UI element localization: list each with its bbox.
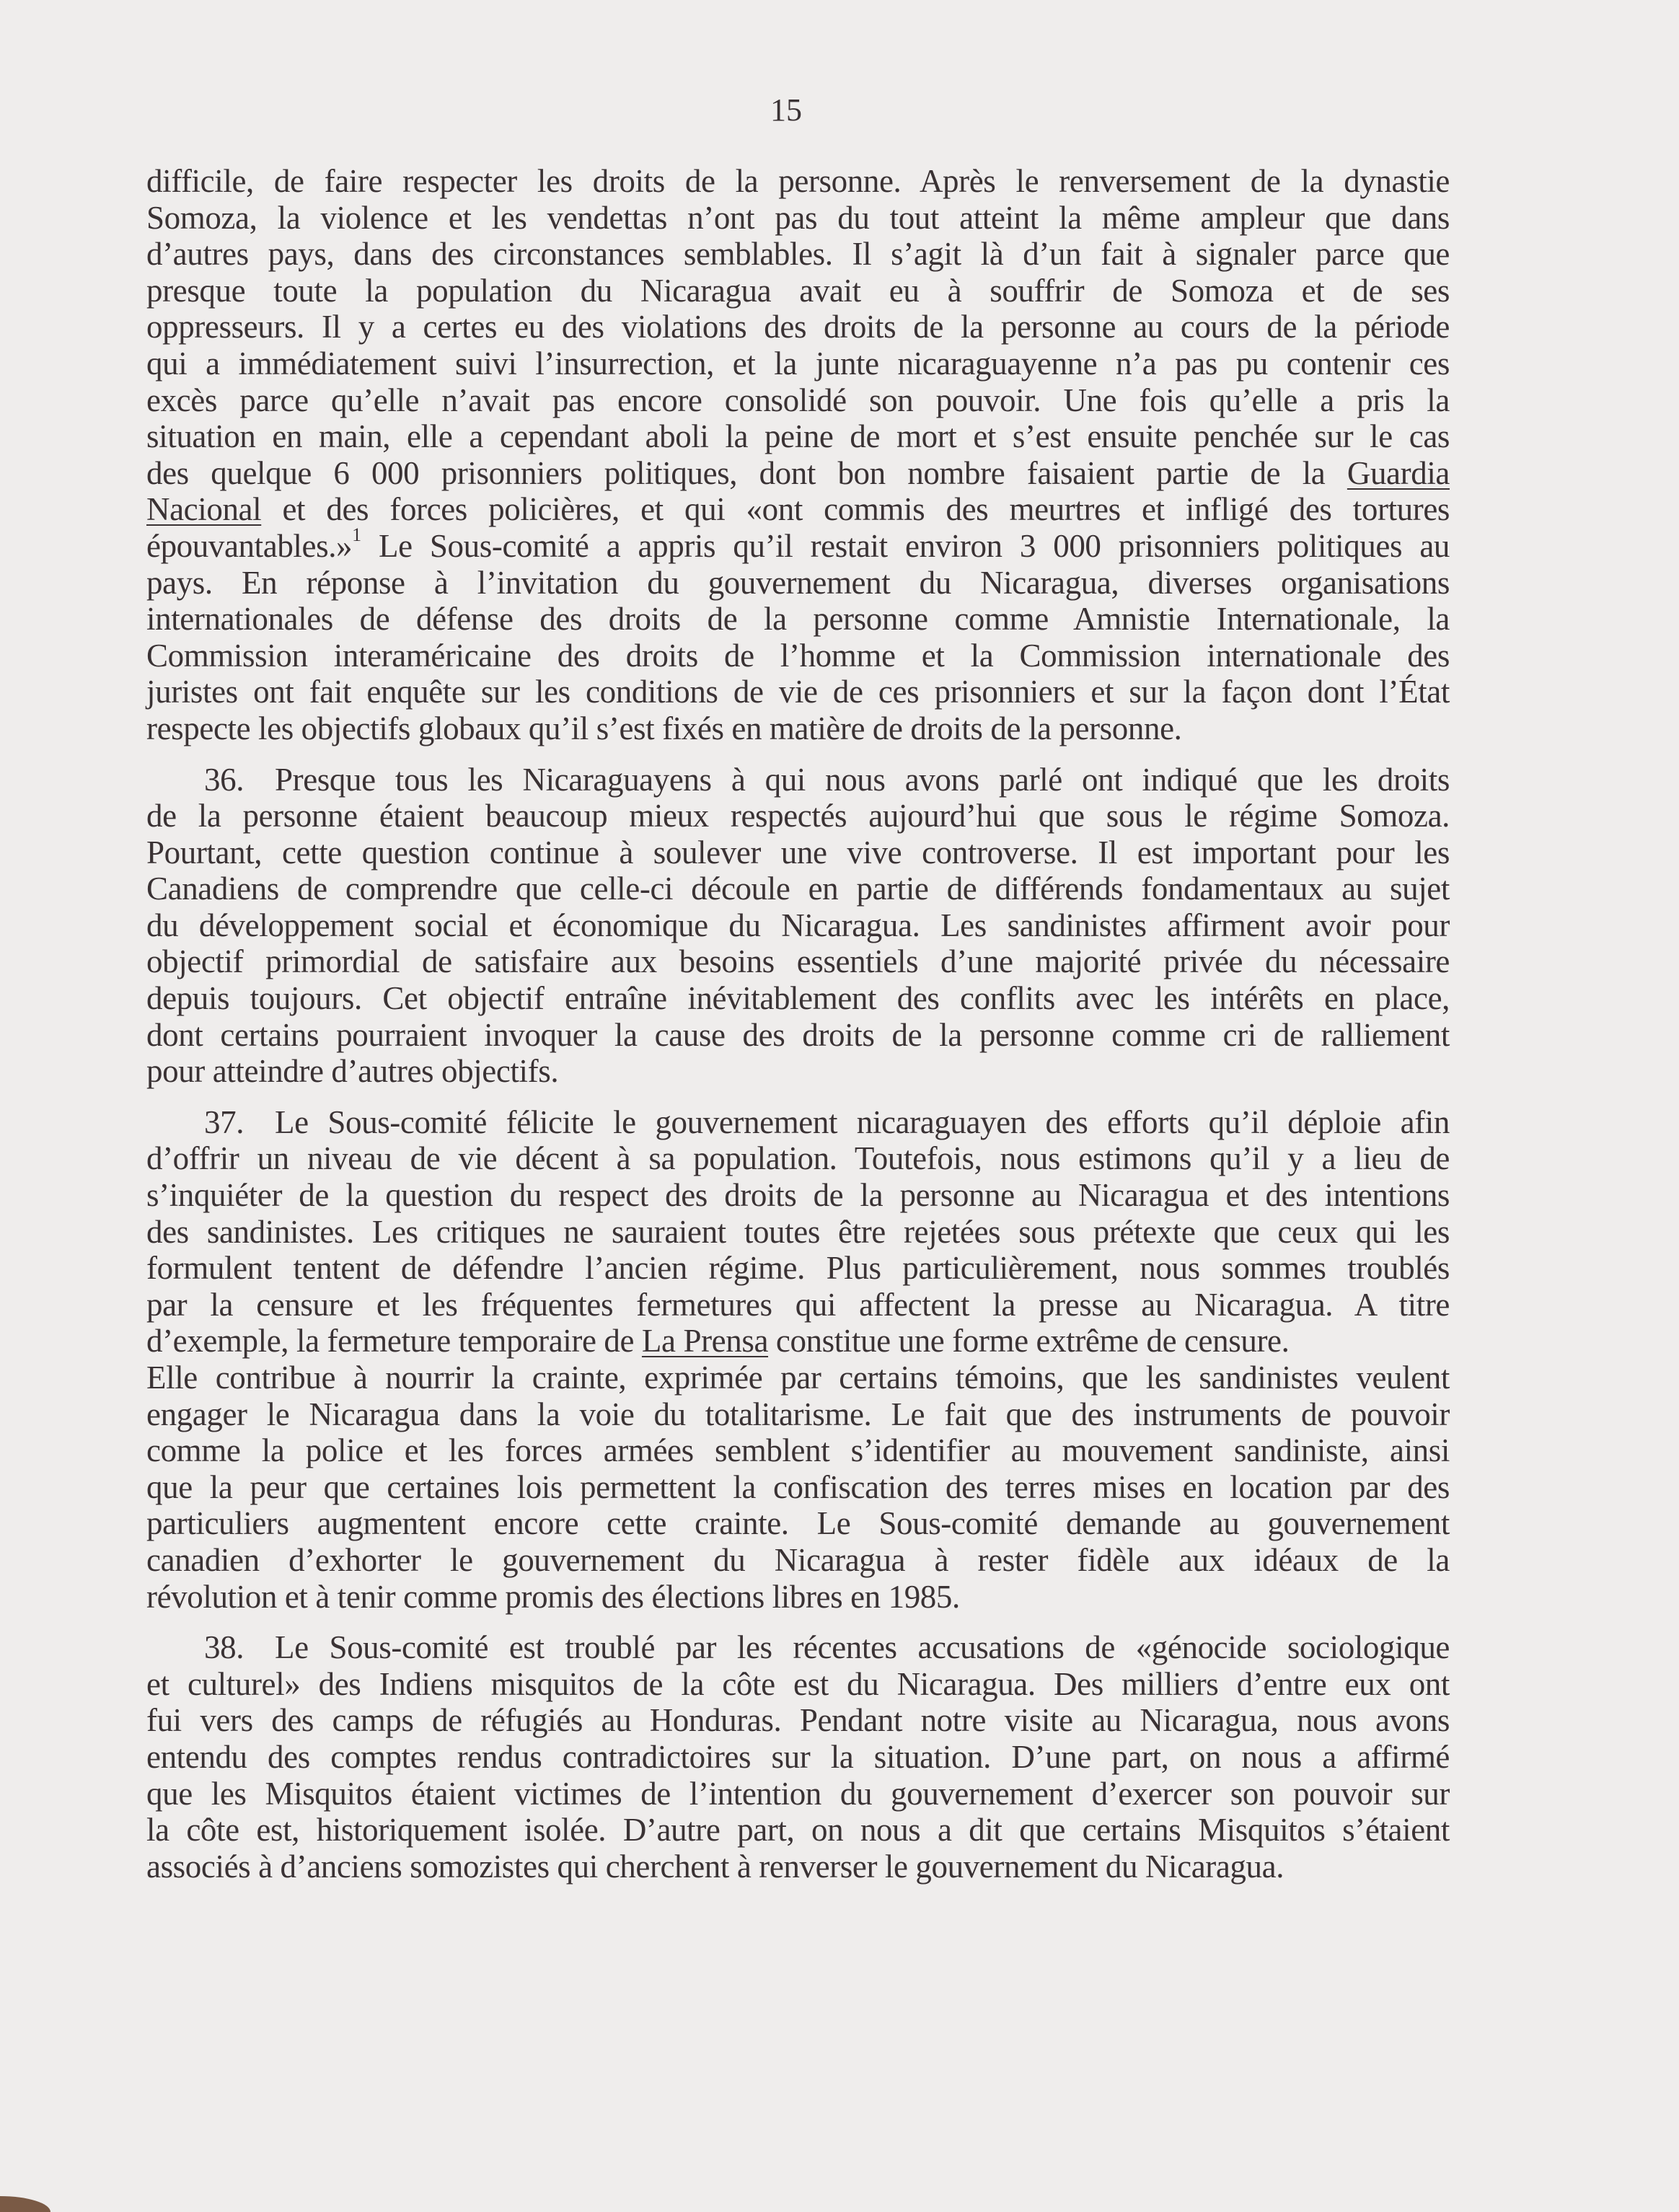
line-text: comme la police et les forces armées sem… <box>146 1432 1450 1468</box>
text-line: pays. En réponse à l’invitation du gouve… <box>146 565 1450 602</box>
text-line: excès parce qu’elle n’avait pas encore c… <box>146 382 1450 419</box>
text-line: fui vers des camps de réfugiés au Hondur… <box>146 1702 1450 1739</box>
text-line: Canadiens de comprendre que celle-ci déc… <box>146 871 1450 907</box>
line-text: excès parce qu’elle n’avait pas encore c… <box>146 382 1450 418</box>
text-line: des quelque 6 000 prisonniers politiques… <box>146 455 1450 492</box>
text-line: et culturel» des Indiens misquitos de la… <box>146 1666 1450 1703</box>
paragraph-number: 36. <box>204 762 275 798</box>
footnote-marker: 1 <box>352 524 361 545</box>
document-body: difficile, de faire respecter les droits… <box>146 163 1450 1885</box>
line-text: constitue une forme extrême de censure. <box>768 1323 1289 1359</box>
text-line: internationales de défense des droits de… <box>146 601 1450 638</box>
text-line: d’autres pays, dans des circonstances se… <box>146 236 1450 273</box>
line-text: juristes ont fait enquête sur les condit… <box>146 674 1450 710</box>
text-line: depuis toujours. Cet objectif entraîne i… <box>146 980 1450 1017</box>
line-text: respecte les objectifs globaux qu’il s’e… <box>146 710 1182 746</box>
text-line: que les Misquitos étaient victimes de l’… <box>146 1776 1450 1812</box>
line-text: que les Misquitos étaient victimes de l’… <box>146 1776 1450 1812</box>
line-text: et culturel» des Indiens misquitos de la… <box>146 1666 1450 1702</box>
text-line: juristes ont fait enquête sur les condit… <box>146 674 1450 710</box>
text-line: Pourtant, cette question continue à soul… <box>146 834 1450 871</box>
line-text: fui vers des camps de réfugiés au Hondur… <box>146 1702 1450 1738</box>
line-text: qui a immédiatement suivi l’insurrection… <box>146 345 1450 382</box>
text-line: du développement social et économique du… <box>146 907 1450 944</box>
text-line: presque toute la population du Nicaragua… <box>146 273 1450 309</box>
line-text: difficile, de faire respecter les droits… <box>146 163 1450 199</box>
text-line: 37.Le Sous-comité félicite le gouverneme… <box>146 1104 1450 1141</box>
line-text: d’exemple, la fermeture temporaire de <box>146 1323 642 1359</box>
line-text: engager le Nicaragua dans la voie du tot… <box>146 1396 1450 1432</box>
line-text: du développement social et économique du… <box>146 907 1450 943</box>
text-line: Nacional et des forces policières, et qu… <box>146 491 1450 528</box>
page-corner-shadow <box>0 2196 50 2212</box>
text-line: dont certains pourraient invoquer la cau… <box>146 1017 1450 1054</box>
paragraph-continuation: difficile, de faire respecter les droits… <box>146 163 1450 747</box>
text-line: de la personne étaient beaucoup mieux re… <box>146 798 1450 834</box>
line-text: Le Sous-comité félicite le gouvernement … <box>275 1104 1450 1140</box>
text-line: 36.Presque tous les Nicaraguayens à qui … <box>146 762 1450 798</box>
text-line: situation en main, elle a cependant abol… <box>146 418 1450 455</box>
text-line: formulent tentent de défendre l’ancien r… <box>146 1250 1450 1287</box>
text-line: par la censure et les fréquentes fermetu… <box>146 1287 1450 1323</box>
line-text: d’offrir un niveau de vie décent à sa po… <box>146 1140 1450 1176</box>
line-text: Somoza, la violence et les vendettas n’o… <box>146 200 1450 236</box>
text-line: respecte les objectifs globaux qu’il s’e… <box>146 710 1450 747</box>
text-line: Elle contribue à nourrir la crainte, exp… <box>146 1360 1450 1396</box>
text-line: engager le Nicaragua dans la voie du tot… <box>146 1396 1450 1433</box>
text-line: particuliers augmentent encore cette cra… <box>146 1505 1450 1542</box>
line-text: et des forces policières, et qui «ont co… <box>261 491 1450 527</box>
line-text: des quelque 6 000 prisonniers politiques… <box>146 455 1347 491</box>
line-text: d’autres pays, dans des circonstances se… <box>146 236 1450 272</box>
text-line: entendu des comptes rendus contradictoir… <box>146 1739 1450 1776</box>
line-text: associés à d’anciens somozistes qui cher… <box>146 1849 1284 1885</box>
line-text: Presque tous les Nicaraguayens à qui nou… <box>275 762 1450 798</box>
line-text: que la peur que certaines lois permetten… <box>146 1469 1450 1505</box>
line-text: canadien d’exhorter le gouvernement du N… <box>146 1542 1450 1578</box>
text-line: comme la police et les forces armées sem… <box>146 1432 1450 1469</box>
line-text: des sandinistes. Les critiques ne saurai… <box>146 1214 1450 1250</box>
line-text: de la personne étaient beaucoup mieux re… <box>146 798 1450 834</box>
text-line: des sandinistes. Les critiques ne saurai… <box>146 1214 1450 1251</box>
line-text: Le Sous-comité a appris qu’il restait en… <box>361 528 1450 564</box>
paragraph-number: 37. <box>204 1104 275 1141</box>
text-line: oppresseurs. Il y a certes eu des violat… <box>146 309 1450 345</box>
line-text: depuis toujours. Cet objectif entraîne i… <box>146 980 1450 1016</box>
line-text: pour atteindre d’autres objectifs. <box>146 1053 558 1089</box>
text-line: associés à d’anciens somozistes qui cher… <box>146 1849 1450 1885</box>
underlined-title: Guardia <box>1347 455 1450 491</box>
line-text: par la censure et les fréquentes fermetu… <box>146 1287 1450 1323</box>
line-text: la côte est, historiquement isolée. D’au… <box>146 1812 1450 1848</box>
line-text: formulent tentent de défendre l’ancien r… <box>146 1250 1450 1286</box>
text-line: la côte est, historiquement isolée. D’au… <box>146 1812 1450 1849</box>
line-text: Pourtant, cette question continue à soul… <box>146 834 1450 871</box>
text-line: pour atteindre d’autres objectifs. <box>146 1053 1450 1090</box>
line-text: presque toute la population du Nicaragua… <box>146 273 1450 309</box>
paragraph-gap <box>146 747 1450 762</box>
paragraph-gap <box>146 1615 1450 1629</box>
line-text: s’inquiéter de la question du respect de… <box>146 1177 1450 1213</box>
line-text: épouvantables.» <box>146 528 352 564</box>
underlined-title: Nacional <box>146 491 261 527</box>
text-line: d’exemple, la fermeture temporaire de La… <box>146 1323 1450 1360</box>
line-text: objectif primordial de satisfaire aux be… <box>146 943 1450 979</box>
line-text: révolution et à tenir comme promis des é… <box>146 1579 960 1615</box>
line-text: internationales de défense des droits de… <box>146 601 1450 637</box>
paragraph-para-36: 36.Presque tous les Nicaraguayens à qui … <box>146 762 1450 1090</box>
line-text: Commission interaméricaine des droits de… <box>146 638 1450 674</box>
text-line: Somoza, la violence et les vendettas n’o… <box>146 200 1450 237</box>
text-line: 38.Le Sous-comité est troublé par les ré… <box>146 1629 1450 1666</box>
text-line: que la peur que certaines lois permetten… <box>146 1469 1450 1506</box>
text-line: Commission interaméricaine des droits de… <box>146 638 1450 674</box>
line-text: situation en main, elle a cependant abol… <box>146 418 1450 454</box>
line-text: dont certains pourraient invoquer la cau… <box>146 1017 1450 1053</box>
paragraph-number: 38. <box>204 1629 275 1666</box>
page-number: 15 <box>770 92 802 128</box>
line-text: Le Sous-comité est troublé par les récen… <box>275 1629 1450 1665</box>
text-line: canadien d’exhorter le gouvernement du N… <box>146 1542 1450 1579</box>
text-line: révolution et à tenir comme promis des é… <box>146 1579 1450 1616</box>
line-text: entendu des comptes rendus contradictoir… <box>146 1739 1450 1775</box>
text-line: s’inquiéter de la question du respect de… <box>146 1177 1450 1214</box>
text-line: épouvantables.»1 Le Sous-comité a appris… <box>146 528 1450 565</box>
line-text: oppresseurs. Il y a certes eu des violat… <box>146 309 1450 345</box>
line-text: Elle contribue à nourrir la crainte, exp… <box>146 1360 1450 1396</box>
line-text: pays. En réponse à l’invitation du gouve… <box>146 565 1450 601</box>
paragraph-para-37: 37.Le Sous-comité félicite le gouverneme… <box>146 1104 1450 1615</box>
paragraph-para-38: 38.Le Sous-comité est troublé par les ré… <box>146 1629 1450 1885</box>
text-line: difficile, de faire respecter les droits… <box>146 163 1450 200</box>
paragraph-gap <box>146 1090 1450 1104</box>
text-line: d’offrir un niveau de vie décent à sa po… <box>146 1140 1450 1177</box>
text-line: objectif primordial de satisfaire aux be… <box>146 943 1450 980</box>
text-line: qui a immédiatement suivi l’insurrection… <box>146 345 1450 382</box>
line-text: Canadiens de comprendre que celle-ci déc… <box>146 871 1450 907</box>
line-text: particuliers augmentent encore cette cra… <box>146 1505 1450 1541</box>
underlined-title: La Prensa <box>642 1323 768 1359</box>
